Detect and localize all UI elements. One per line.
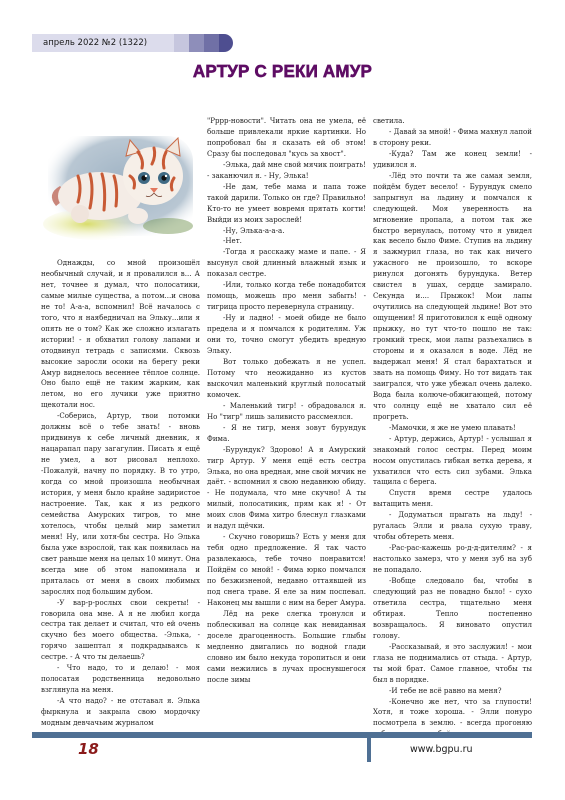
paragraph: -Лёд это почти та же самая земля, пойдём…	[373, 171, 532, 423]
band-segment	[189, 34, 204, 52]
article-column-3: светила. - Давай за мной! - Фима махнул …	[373, 116, 532, 740]
tiger-cub-illustration	[38, 126, 198, 244]
issue-header-band: апрель 2022 №2 (1322)	[32, 34, 233, 52]
website-link[interactable]: www.bgpu.ru	[410, 744, 473, 755]
paragraph: -Куда? Там же конец земли! - удивился я.	[373, 149, 532, 171]
paragraph: -Бурундук? Здорово! А я Амурский тигр Ар…	[207, 445, 366, 533]
paragraph: -Рассказывай, я это заслужил! - мои глаз…	[373, 642, 532, 686]
paragraph: -Не дам, тебе мама и папа тоже такой дар…	[207, 182, 366, 226]
article-column-2: "Рррр-новости". Читать она не умела, её …	[207, 116, 366, 686]
paragraph: - Давай за мной! - Фима махнул лапой в с…	[373, 127, 532, 149]
paragraph: -Рас-рас-кажешь ро-д-д-дителям? - я наст…	[373, 543, 532, 576]
paragraph: Вот только добежать я не успел. Потому ч…	[207, 357, 366, 401]
paragraph: -Или, только когда тебе понадобится помо…	[207, 280, 366, 313]
tiger-cub-icon	[38, 126, 198, 244]
paragraph: Спустя время сестре удалось вытащить мен…	[373, 488, 532, 510]
paragraph: -Нет.	[207, 236, 366, 247]
page-number: 18	[78, 740, 99, 758]
band-segment	[204, 34, 219, 52]
paragraph: светила.	[373, 116, 532, 127]
footer-rule	[32, 732, 532, 738]
paragraph: Лёд на реке слегка тронулся и поблескива…	[207, 609, 366, 686]
paragraph: -А что надо? - не отставал я. Элька фырк…	[41, 696, 200, 729]
paragraph: -Вобще следовало бы, чтобы в следующий р…	[373, 576, 532, 642]
issue-label: апрель 2022 №2 (1322)	[32, 34, 174, 52]
footer-divider	[367, 736, 371, 762]
paragraph: -Соберись, Артур, твои потомки должны вс…	[41, 411, 200, 597]
paragraph: - Я не тигр, меня зовут бурундук Фима.	[207, 423, 366, 445]
paragraph: -Тогда я расскажу маме и папе. - Я высун…	[207, 247, 366, 280]
paragraph: -Ну, Элька-а-а-а.	[207, 226, 366, 237]
paragraph: -Мамочки, я же не умею плавать!	[373, 423, 532, 434]
article-title: АРТУР С РЕКИ АМУР	[0, 62, 565, 83]
paragraph: "Рррр-новости". Читать она не умела, её …	[207, 116, 366, 160]
paragraph: - Артур, держись, Артур! - услышал я зна…	[373, 434, 532, 489]
paragraph: -Ну и ладно! - моей обиде не было предел…	[207, 313, 366, 357]
paragraph: -У вар-р-рослых свои секреты! - говорила…	[41, 598, 200, 664]
paragraph: - Что надо, то и делаю! - моя полосатая …	[41, 663, 200, 696]
article-column-1: Однажды, со мной произошёл необычный слу…	[41, 258, 200, 729]
paragraph: - Маленький тигр! - обрадовался я. Но "т…	[207, 401, 366, 423]
paragraph: - Скучно говоришь? Есть у меня для тебя …	[207, 532, 366, 609]
paragraph: - Додуматься прыгать на льду! - ругалась…	[373, 510, 532, 543]
band-segment-end	[219, 34, 233, 52]
paragraph: Однажды, со мной произошёл необычный слу…	[41, 258, 200, 411]
paragraph: -Элька, дай мне свой мячик поиграть! - з…	[207, 160, 366, 182]
paragraph: -И тебе не всё равно на меня?	[373, 686, 532, 697]
band-segment	[174, 34, 189, 52]
